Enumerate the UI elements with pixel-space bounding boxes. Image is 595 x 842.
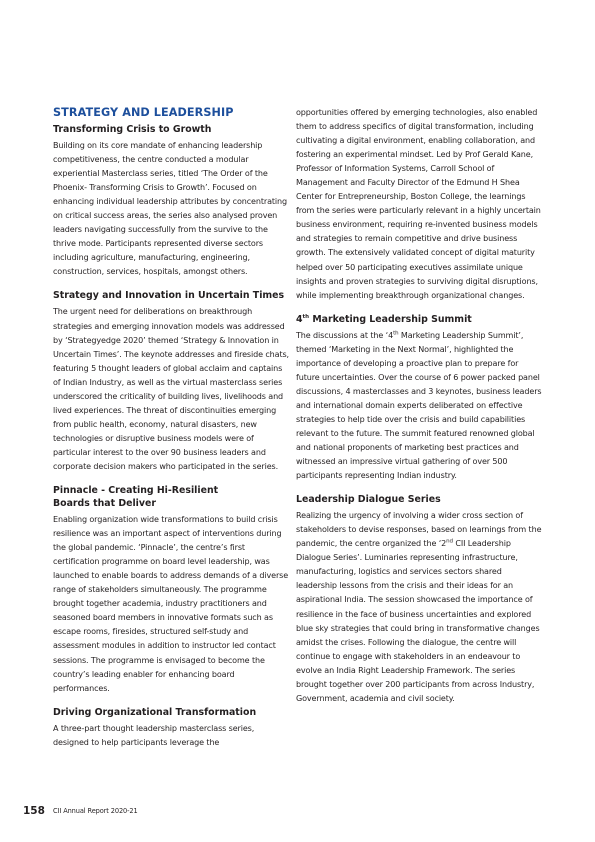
heading-leadership-dialogue: Leadership Dialogue Series	[296, 493, 542, 506]
section-leadership-dialogue: Leadership Dialogue Series Realizing the…	[296, 493, 542, 706]
body-transforming-crisis: Building on its core mandate of enhancin…	[53, 139, 291, 279]
heading-pinnacle-line2: Boards that Deliver	[53, 498, 156, 509]
heading-pinnacle-line1: Pinnacle - Creating Hi-Resilient	[53, 485, 218, 496]
page-number: 158	[23, 805, 53, 817]
heading-pinnacle: Pinnacle - Creating Hi-Resilient Boards …	[53, 484, 291, 510]
section-strategy-innovation: Strategy and Innovation in Uncertain Tim…	[53, 289, 291, 474]
section-title: STRATEGY AND LEADERSHIP	[53, 106, 291, 120]
section-transforming-crisis: Transforming Crisis to Growth Building o…	[53, 123, 291, 279]
heading-transforming-crisis: Transforming Crisis to Growth	[53, 123, 291, 136]
heading-driving-transformation: Driving Organizational Transformation	[53, 706, 291, 719]
body-driving-transformation-continued: opportunities offered by emerging techno…	[296, 106, 542, 303]
body-driving-transformation: A three-part thought leadership mastercl…	[53, 722, 291, 750]
page-footer: 158CII Annual Report 2020-21	[23, 805, 138, 817]
section-marketing-summit: 4th Marketing Leadership Summit The disc…	[296, 313, 542, 484]
body-pre: The discussions at the ‘4	[296, 331, 393, 340]
report-title: CII Annual Report 2020-21	[53, 807, 138, 815]
section-driving-transformation-continued: opportunities offered by emerging techno…	[296, 106, 542, 303]
section-driving-transformation: Driving Organizational Transformation A …	[53, 706, 291, 750]
body-strategy-innovation: The urgent need for deliberations on bre…	[53, 305, 291, 474]
section-pinnacle: Pinnacle - Creating Hi-Resilient Boards …	[53, 484, 291, 696]
body-leadership-dialogue: Realizing the urgency of involving a wid…	[296, 509, 542, 706]
heading-strategy-innovation: Strategy and Innovation in Uncertain Tim…	[53, 289, 291, 302]
body-pinnacle: Enabling organization wide transformatio…	[53, 513, 291, 696]
heading-rest: Marketing Leadership Summit	[309, 314, 472, 325]
left-column: STRATEGY AND LEADERSHIP Transforming Cri…	[53, 106, 291, 750]
body-rest: CII Leadership Dialogue Series’. Luminar…	[296, 539, 540, 703]
body-rest: Marketing Leadership Summit’, themed ‘Ma…	[296, 331, 541, 480]
right-column: opportunities offered by emerging techno…	[296, 106, 542, 706]
body-sup: nd	[446, 539, 453, 545]
heading-marketing-summit: 4th Marketing Leadership Summit	[296, 313, 542, 326]
body-marketing-summit: The discussions at the ‘4th Marketing Le…	[296, 329, 542, 484]
